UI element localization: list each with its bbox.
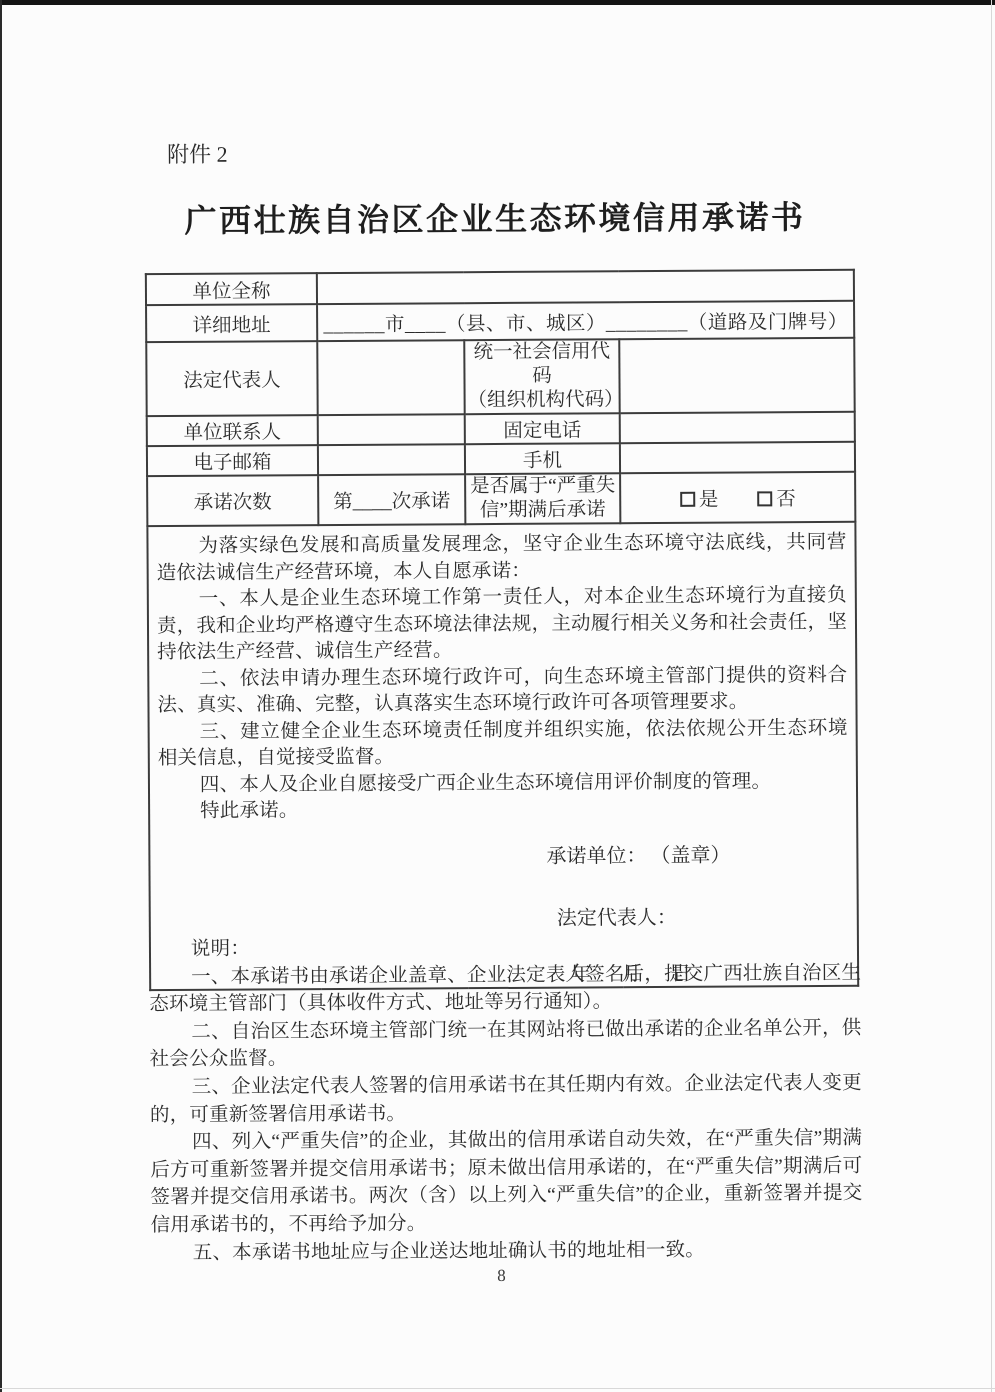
checkbox-yes-box	[680, 492, 695, 507]
address-template-text: ______市____（县、市、城区）________（道路及门牌号）	[323, 311, 848, 335]
commitment-paragraph: 一、本人是企业生态环境工作第一责任人，对本企业生态环境行为直接负责，我和企业均严…	[157, 583, 848, 667]
commitment-closing: 特此承诺。	[158, 795, 848, 826]
address-label: 详细地址	[146, 304, 317, 342]
legal-rep-field	[317, 340, 464, 415]
serious-dishonesty-label: 是否属于“严重失信”期满后承诺	[465, 473, 620, 524]
unit-name-field	[317, 270, 854, 304]
notes-section: 说明： 一、本承诺书由承诺企业盖章、企业法定表人签名后，提交广西壮族自治区生态环…	[149, 932, 863, 1267]
notes-heading: 说明：	[149, 932, 861, 964]
signature-unit-label: 承诺单位：	[546, 845, 646, 868]
yes-no-options: 是 否	[680, 489, 796, 511]
landline-field	[620, 412, 855, 443]
row-unit-name: 单位全称	[146, 270, 854, 305]
credit-code-field	[619, 338, 854, 413]
note-item: 四、列入“严重失信”的企业，其做出的信用承诺自动失效，在“严重失信”期满后方可重…	[150, 1125, 863, 1240]
commitment-body-cell: 为落实绿色发展和高质量发展理念，坚守企业生态环境守法底线，共同营造依法诚信生产经…	[147, 522, 858, 990]
commitment-count-label: 承诺次数	[147, 475, 318, 526]
scanned-document-page: { "colors": { "ink": "#2b2b2b", "paper":…	[0, 0, 995, 1392]
contact-label: 单位联系人	[147, 415, 318, 446]
commitment-paragraph: 三、建立健全企业生态环境责任制度并组织实施，依法依规公开生态环境相关信息，自觉接…	[158, 715, 848, 772]
note-item: 三、企业法定代表人签署的信用承诺书在其任期内有效。企业法定代表人变更的，可重新签…	[150, 1070, 862, 1130]
checkbox-no-label: 否	[776, 489, 796, 510]
legal-rep-label: 法定代表人	[146, 341, 317, 416]
attachment-label: 附件 2	[167, 138, 228, 169]
commitment-paragraph: 为落实绿色发展和高质量发展理念，坚守企业生态环境守法底线，共同营造依法诚信生产经…	[156, 530, 846, 587]
email-label: 电子邮箱	[147, 445, 318, 476]
note-item: 一、本承诺书由承诺企业盖章、企业法定表人签名后，提交广西壮族自治区生态环境主管部…	[149, 959, 861, 1019]
signature-unit-line: 承诺单位：（盖章）	[546, 837, 848, 868]
commitment-paragraph: 四、本人及企业自愿接受广西企业生态环境信用评价制度的管理。	[158, 768, 848, 799]
row-commitment-body: 为落实绿色发展和高质量发展理念，坚守企业生态环境守法底线，共同营造依法诚信生产经…	[147, 522, 858, 990]
credit-code-label-line2: （组织机构代码）	[468, 388, 617, 413]
contact-field	[318, 414, 465, 445]
signature-legal-rep-line: 法定代表人：	[557, 899, 849, 930]
row-address: 详细地址 ______市____（县、市、城区）________（道路及门牌号）	[146, 301, 854, 342]
row-email: 电子邮箱 手机	[147, 442, 855, 476]
row-legal-rep: 法定代表人 统一社会信用代码 （组织机构代码）	[146, 338, 854, 416]
row-contact: 单位联系人 固定电话	[147, 412, 855, 446]
commitment-paragraph: 二、依法申请办理生态环境行政许可，向生态环境主管部门提供的资料合法、真实、准确、…	[157, 662, 847, 719]
note-item: 五、本承诺书地址应与企业送达地址确认书的地址相一致。	[151, 1235, 863, 1267]
commitment-form-table: 单位全称 详细地址 ______市____（县、市、城区）________（道路…	[145, 269, 859, 991]
credit-code-label: 统一社会信用代码 （组织机构代码）	[464, 339, 619, 414]
mobile-field	[620, 442, 855, 473]
checkbox-no-box	[757, 491, 772, 506]
serious-dishonesty-field: 是 否	[620, 472, 855, 523]
email-field	[318, 444, 465, 475]
seal-placeholder: （盖章）	[660, 844, 730, 866]
landline-label: 固定电话	[465, 413, 620, 444]
document-content: 附件 2 广西壮族自治区企业生态环境信用承诺书 单位全称 详细地址 ______…	[0, 0, 995, 1392]
note-item: 二、自治区生态环境主管部门统一在其网站将已做出承诺的企业名单公开，供社会公众监督…	[149, 1015, 861, 1075]
checkbox-yes-label: 是	[699, 490, 719, 511]
unit-name-label: 单位全称	[146, 273, 317, 305]
commitment-count-field: 第____次承诺	[318, 474, 465, 525]
address-field: ______市____（县、市、城区）________（道路及门牌号）	[317, 301, 854, 341]
page-title: 广西壮族自治区企业生态环境信用承诺书	[0, 191, 993, 243]
credit-code-label-line1: 统一社会信用代码	[467, 340, 616, 389]
row-commitment-count: 承诺次数 第____次承诺 是否属于“严重失信”期满后承诺 是 否	[147, 472, 855, 526]
mobile-label: 手机	[465, 443, 620, 474]
